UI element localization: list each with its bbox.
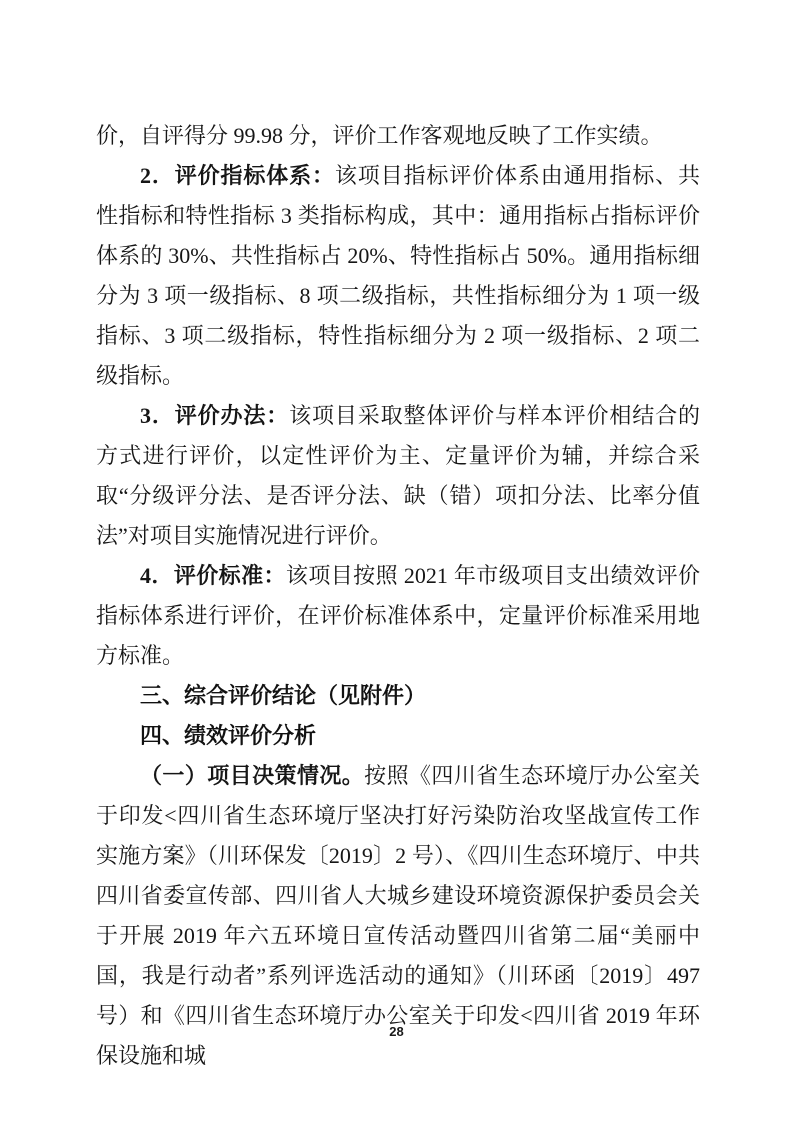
paragraph-project-decision-label: （一）项目决策情况。 bbox=[140, 763, 364, 788]
heading-performance-evaluation-analysis: 四、绩效评价分析 bbox=[96, 716, 700, 756]
paragraph-indicator-system-text: 该项目指标评价体系由通用指标、共性指标和特性指标 3 类指标构成，其中：通用指标… bbox=[96, 163, 700, 388]
paragraph-evaluation-method-label: 3．评价办法： bbox=[140, 403, 289, 428]
heading-comprehensive-evaluation-conclusion: 三、综合评价结论（见附件） bbox=[96, 676, 700, 716]
document-body: 价，自评得分 99.98 分，评价工作客观地反映了工作实绩。 2．评价指标体系：… bbox=[96, 116, 700, 1076]
paragraph-evaluation-standard-label: 4．评价标准： bbox=[140, 563, 286, 588]
paragraph-evaluation-standard: 4．评价标准：该项目按照 2021 年市级项目支出绩效评价指标体系进行评价，在评… bbox=[96, 556, 700, 676]
document-page: 价，自评得分 99.98 分，评价工作客观地反映了工作实绩。 2．评价指标体系：… bbox=[0, 0, 793, 1122]
paragraph-self-evaluation-score: 价，自评得分 99.98 分，评价工作客观地反映了工作实绩。 bbox=[96, 116, 700, 156]
paragraph-indicator-system-label: 2．评价指标体系： bbox=[140, 163, 335, 188]
paragraph-evaluation-method: 3．评价办法：该项目采取整体评价与样本评价相结合的方式进行评价，以定性评价为主、… bbox=[96, 396, 700, 556]
page-number: 28 bbox=[0, 1024, 793, 1039]
paragraph-indicator-system: 2．评价指标体系：该项目指标评价体系由通用指标、共性指标和特性指标 3 类指标构… bbox=[96, 156, 700, 396]
paragraph-project-decision-text: 按照《四川省生态环境厅办公室关于印发<四川省生态环境厅坚决打好污染防治攻坚战宣传… bbox=[96, 763, 700, 1068]
